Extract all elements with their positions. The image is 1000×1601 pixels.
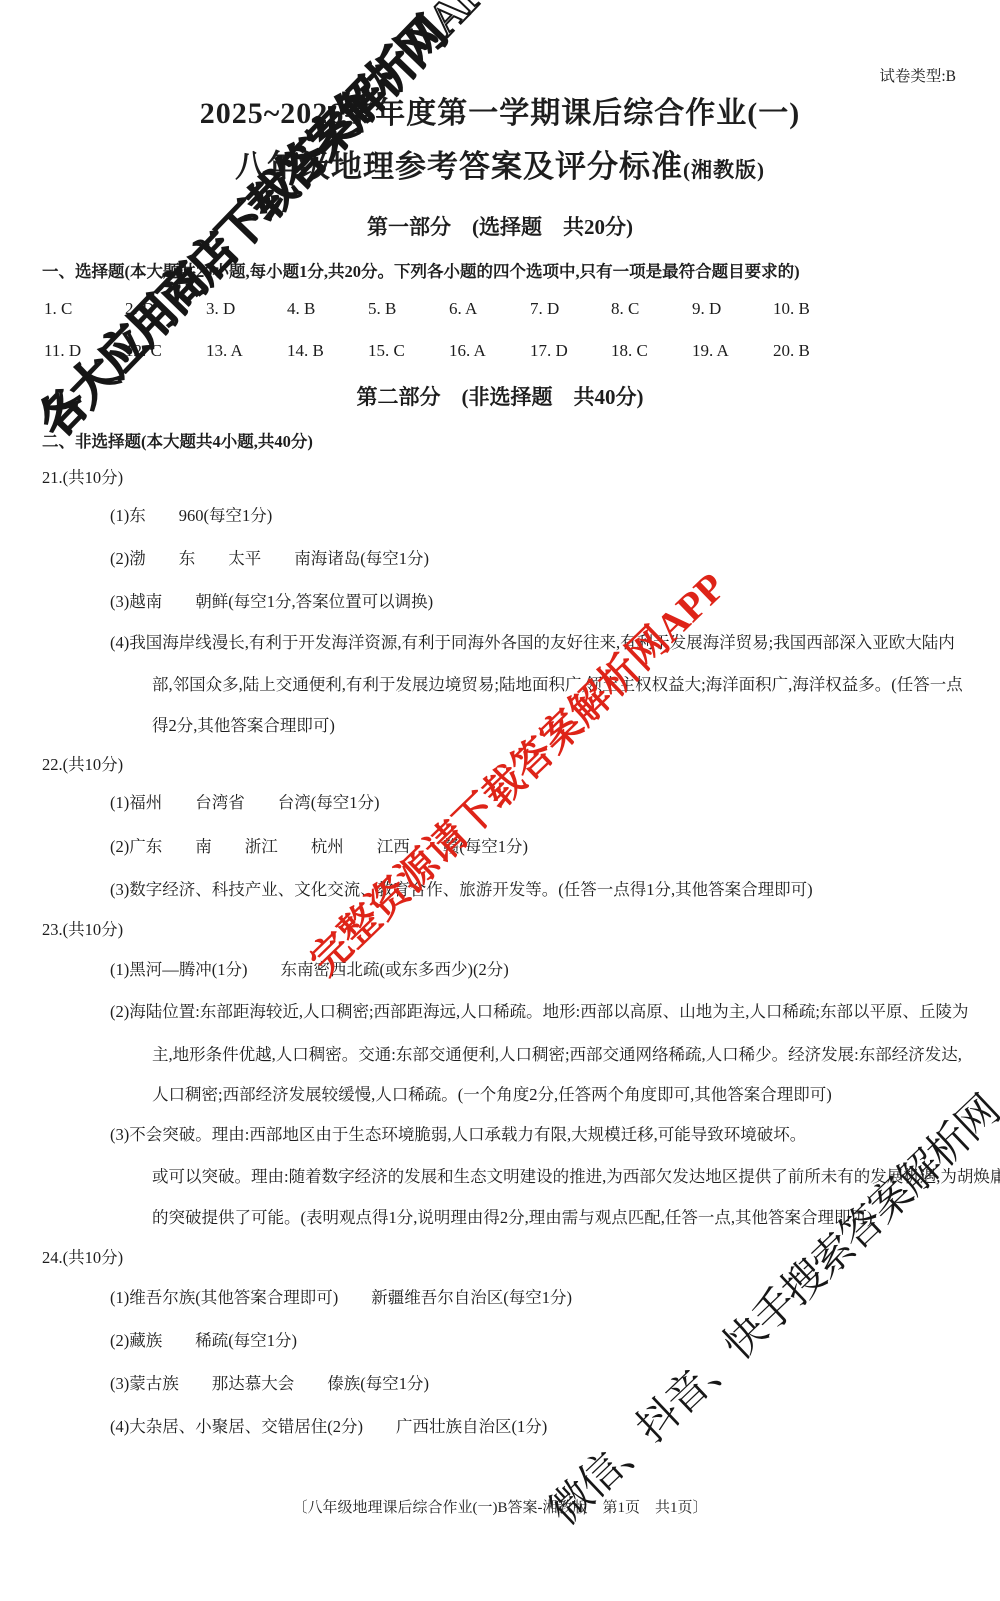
choice-answer: 3. D	[206, 299, 287, 319]
q23-answer-line: 或可以突破。理由:随着数字经济的发展和生态文明建设的推进,为西部欠发达地区提供了…	[152, 1163, 1000, 1187]
q24-answer-line: (3)蒙古族 那达慕大会 傣族(每空1分)	[110, 1370, 429, 1394]
q23-answer-line: (2)海陆位置:东部距海较近,人口稠密;西部距海远,人口稀疏。地形:西部以高原、…	[110, 998, 968, 1022]
q24-answer-line: (4)大杂居、小聚居、交错居住(2分) 广西壮族自治区(1分)	[110, 1413, 547, 1437]
choice-answers-row-2: 11. D 12. C 13. A 14. B 15. C 16. A 17. …	[44, 341, 854, 361]
q22-answer-line: (3)数字经济、科技产业、文化交流、教育合作、旅游开发等。(任答一点得1分,其他…	[110, 876, 813, 900]
choice-answer: 11. D	[44, 341, 125, 361]
q21-answer-line: (2)渤 东 太平 南海诸岛(每空1分)	[110, 545, 429, 569]
document-title-line2: 八年级地理参考答案及评分标准(湘教版)	[0, 141, 1000, 186]
q23-answer-line: 的突破提供了可能。(表明观点得1分,说明理由得2分,理由需与观点匹配,任答一点,…	[152, 1204, 873, 1228]
q21-answer-line: 部,邻国众多,陆上交通便利,有利于发展边境贸易;陆地面积广,领土主权权益大;海洋…	[152, 671, 963, 695]
choice-answer: 14. B	[287, 341, 368, 361]
choice-answer: 18. C	[611, 341, 692, 361]
q21-answer-line: 得2分,其他答案合理即可)	[152, 712, 335, 736]
choice-answers-row-1: 1. C 2. D 3. D 4. B 5. B 6. A 7. D 8. C …	[44, 299, 854, 319]
title-main: 八年级地理参考答案及评分标准	[235, 149, 683, 184]
q21-answer-line: (4)我国海岸线漫长,有利于开发海洋资源,有利于同海外各国的友好往来,有利于发展…	[110, 629, 955, 653]
choice-answer: 10. B	[773, 299, 854, 319]
q22-answer-line: (1)福州 台湾省 台湾(每空1分)	[110, 789, 379, 813]
page-footer: 〔八年级地理课后综合作业(一)B答案-湘教版 第1页 共1页〕	[0, 1496, 1000, 1517]
q21-answer-line: (1)东 960(每空1分)	[110, 502, 272, 526]
choice-answer: 20. B	[773, 341, 854, 361]
q21-answer-line: (3)越南 朝鲜(每空1分,答案位置可以调换)	[110, 588, 433, 612]
title-edition: (湘教版)	[683, 158, 765, 182]
choice-answer: 19. A	[692, 341, 773, 361]
part1-heading: 第一部分 (选择题 共20分)	[0, 211, 1000, 241]
choice-answer: 15. C	[368, 341, 449, 361]
q23-heading: 23.(共10分)	[42, 916, 123, 940]
choice-answer: 13. A	[206, 341, 287, 361]
paper-type-label: 试卷类型:B	[879, 64, 956, 86]
q24-answer-line: (2)藏族 稀疏(每空1分)	[110, 1327, 297, 1351]
q23-answer-line: 主,地形条件优越,人口稠密。交通:东部交通便利,人口稠密;西部交通网络稀疏,人口…	[152, 1041, 962, 1065]
q22-answer-line: (2)广东 南 浙江 杭州 江西 赣(每空1分)	[110, 833, 528, 857]
choice-answer: 8. C	[611, 299, 692, 319]
choice-answer: 17. D	[530, 341, 611, 361]
part2-heading: 第二部分 (非选择题 共40分)	[0, 381, 1000, 411]
q21-heading: 21.(共10分)	[42, 464, 123, 488]
q24-heading: 24.(共10分)	[42, 1244, 123, 1268]
choice-answer: 7. D	[530, 299, 611, 319]
part1-intro: 一、选择题(本大题共20小题,每小题1分,共20分。下列各小题的四个选项中,只有…	[42, 258, 800, 282]
choice-answer: 2. D	[125, 299, 206, 319]
choice-answer: 6. A	[449, 299, 530, 319]
choice-answer: 16. A	[449, 341, 530, 361]
answer-sheet-page: 试卷类型:B 2025~2026学年度第一学期课后综合作业(一) 八年级地理参考…	[0, 0, 1000, 1601]
watermark-bottom-right: 微信、抖音、快手搜索答案解析网	[542, 1089, 1000, 1535]
document-title-line1: 2025~2026学年度第一学期课后综合作业(一)	[0, 88, 1000, 132]
choice-answer: 12. C	[125, 341, 206, 361]
q23-answer-line: 人口稠密;西部经济发展较缓慢,人口稀疏。(一个角度2分,任答两个角度即可,其他答…	[152, 1081, 832, 1105]
q22-heading: 22.(共10分)	[42, 751, 123, 775]
choice-answer: 4. B	[287, 299, 368, 319]
part2-intro: 二、非选择题(本大题共4小题,共40分)	[42, 428, 313, 452]
q24-answer-line: (1)维吾尔族(其他答案合理即可) 新疆维吾尔自治区(每空1分)	[110, 1284, 572, 1308]
choice-answer: 9. D	[692, 299, 773, 319]
watermark-center-red: 完整资源请下载答案解析网APP	[302, 565, 733, 984]
choice-answer: 1. C	[44, 299, 125, 319]
choice-answer: 5. B	[368, 299, 449, 319]
q23-answer-line: (3)不会突破。理由:西部地区由于生态环境脆弱,人口承载力有限,大规模迁移,可能…	[110, 1121, 806, 1145]
q23-answer-line: (1)黑河—腾冲(1分) 东南密西北疏(或东多西少)(2分)	[110, 956, 509, 980]
